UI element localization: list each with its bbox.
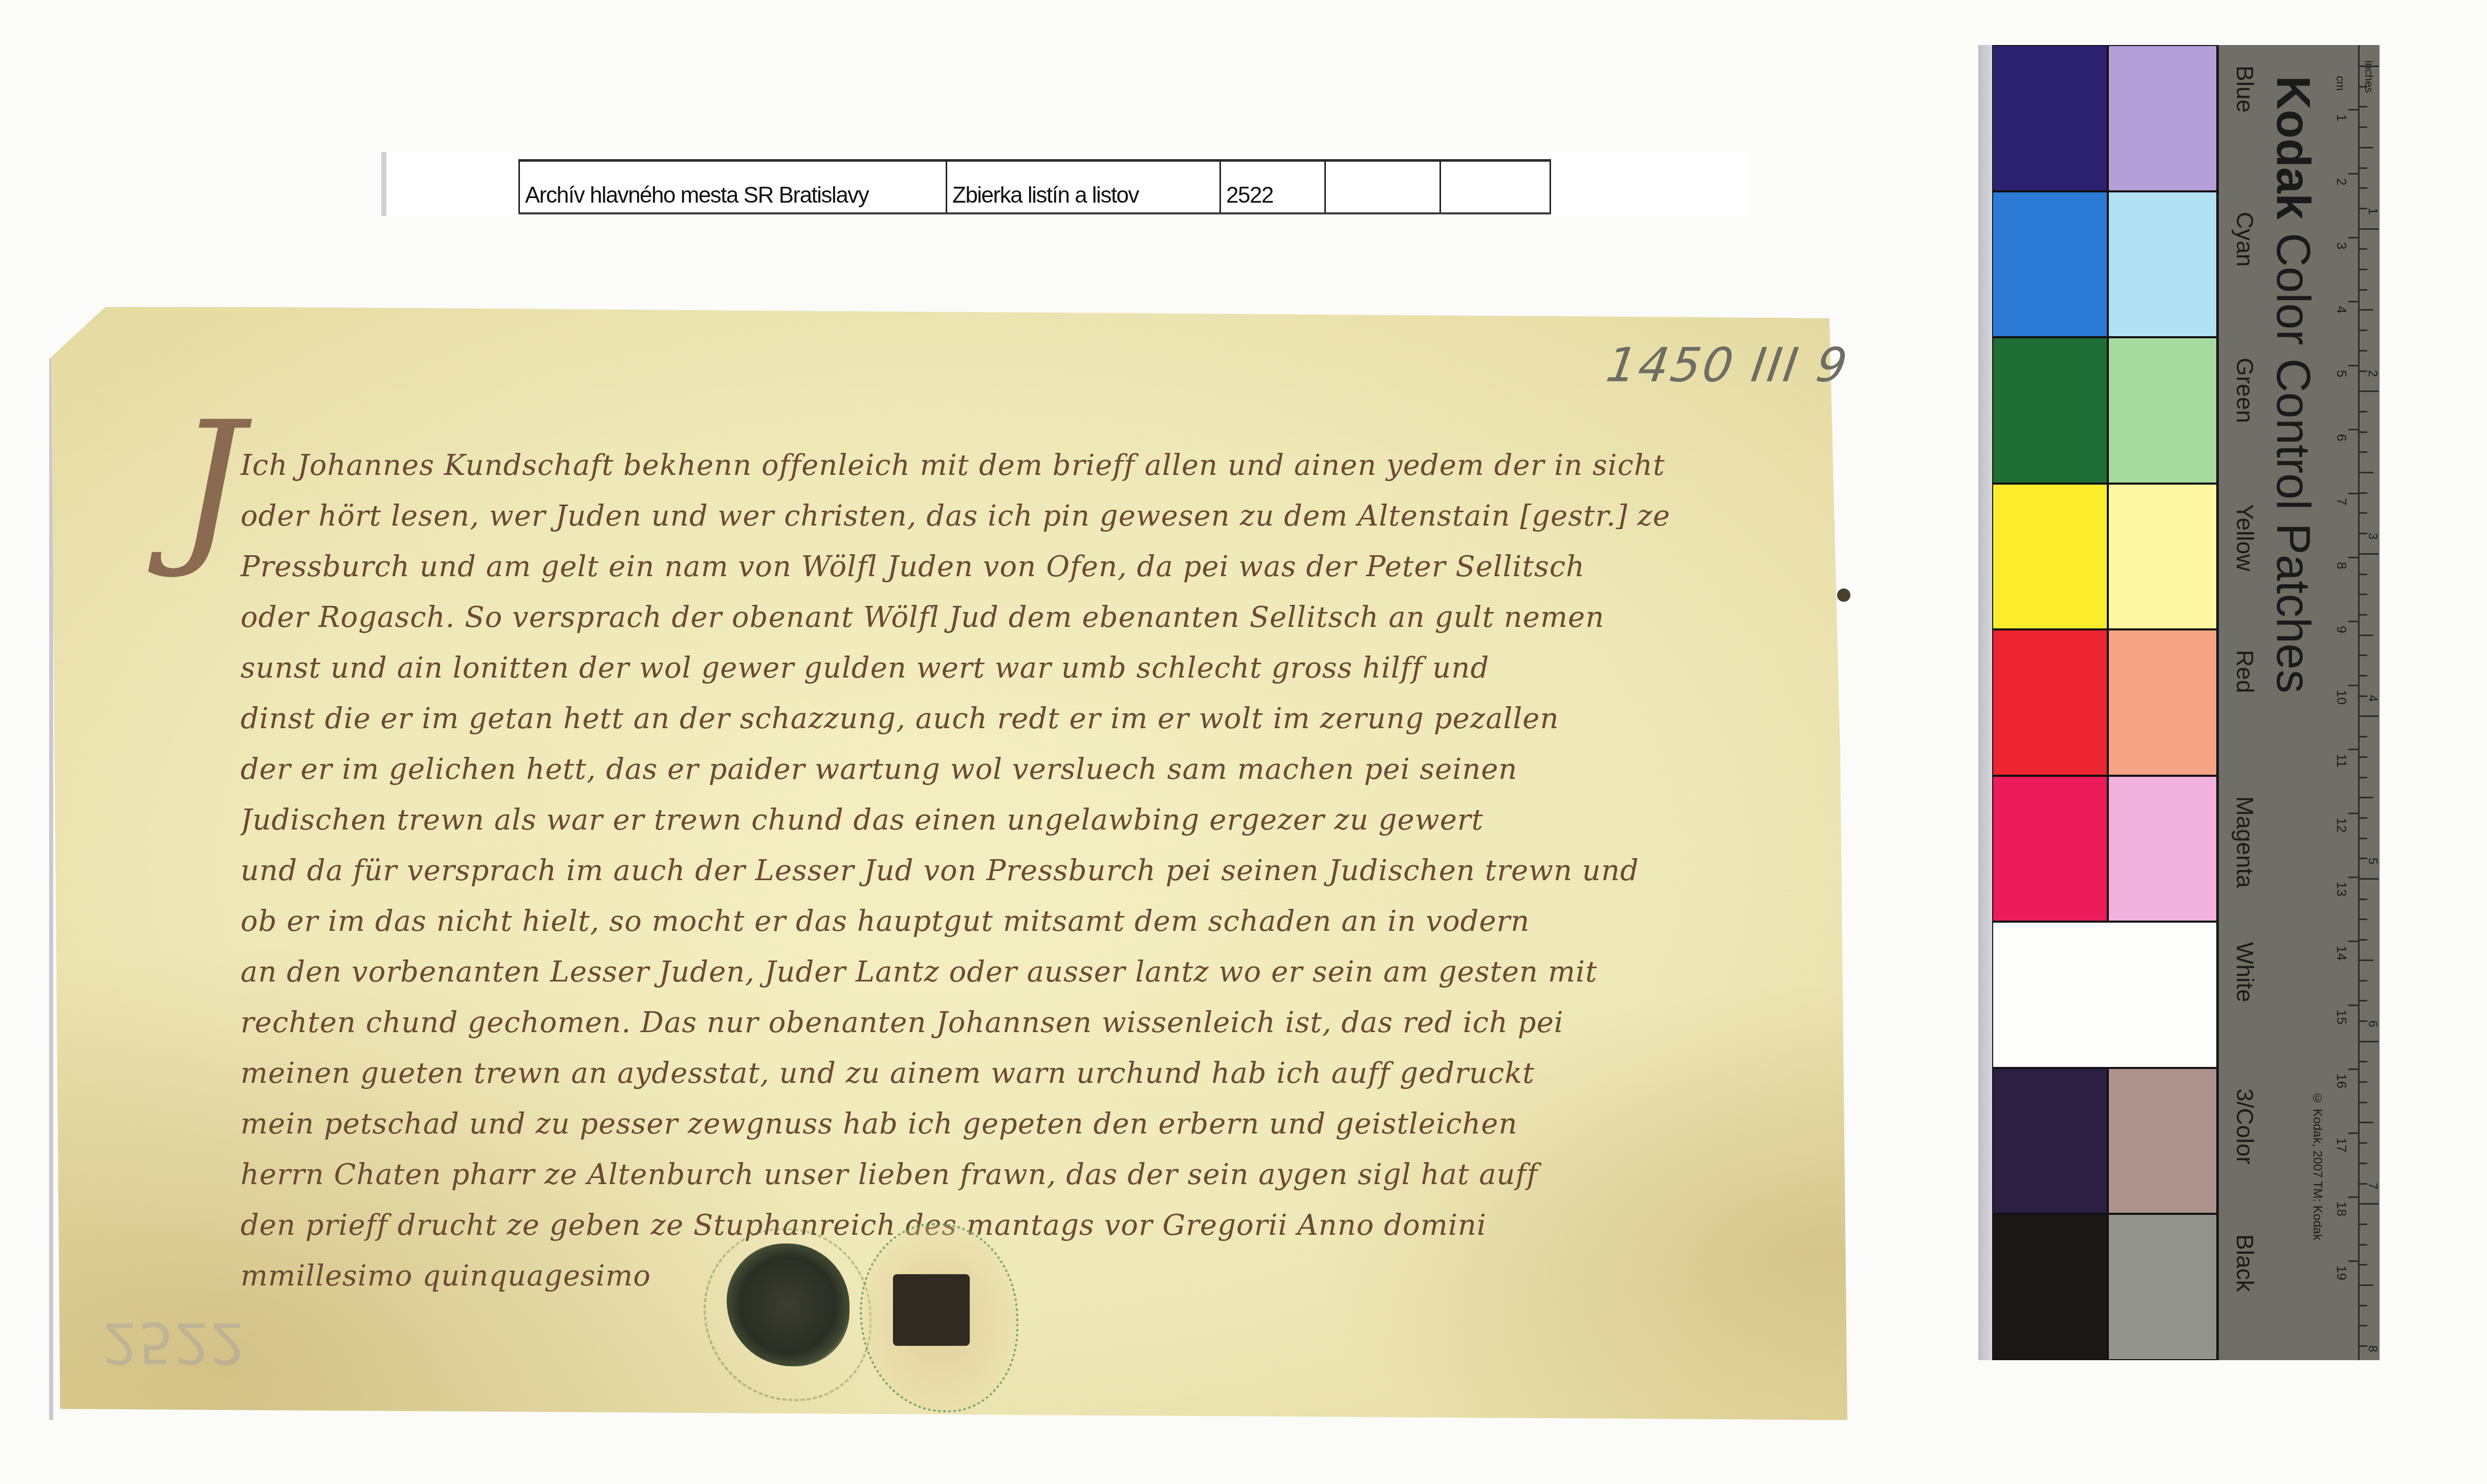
inch-minor-tick: [2358, 797, 2373, 798]
manuscript-line: Pressburch und am gelt ein nam von Wölfl…: [241, 541, 1725, 592]
decorated-initial: J: [177, 399, 244, 568]
patch-yellow-dark: [1992, 484, 2108, 630]
cm-tick-label: 3: [2333, 242, 2349, 249]
inch-minor-tick: [2358, 980, 2367, 981]
label-empty-cell-2: [1439, 162, 1551, 212]
patch-red-dark: [1992, 629, 2108, 776]
manuscript-line: Judischen trewn als war er trewn chund d…: [241, 795, 1725, 845]
inch-minor-tick: [2358, 1102, 2367, 1103]
inch-minor-tick: [2358, 736, 2367, 737]
inch-minor-tick: [2358, 817, 2367, 819]
manuscript-line: der er im gelichen hett, das er paider w…: [241, 744, 1725, 795]
manuscript-line: sunst und ain lonitten der wol gewer gul…: [241, 643, 1725, 693]
cm-tick-label: 17: [2333, 1138, 2349, 1152]
inch-minor-tick: [2358, 1305, 2367, 1306]
inch-tick-label: 7: [2365, 1183, 2380, 1189]
patch-label: Cyan: [2228, 212, 2259, 267]
label-collection-name: Zbierka listín a listov: [946, 162, 1219, 212]
inch-minor-tick: [2358, 1264, 2367, 1265]
patch-red-light: [2108, 629, 2217, 776]
inch-minor-tick: [2358, 309, 2373, 311]
archive-label-strip: Archív hlavného mesta SR Bratislavy Zbie…: [381, 152, 1748, 216]
patch-3-color-light: [2108, 1068, 2217, 1214]
patch-white: [1992, 922, 2217, 1068]
inch-tick-label: 3: [2365, 533, 2380, 539]
inch-minor-tick: [2358, 1163, 2367, 1164]
inch-minor-tick: [2358, 1122, 2373, 1123]
inch-minor-tick: [2358, 512, 2367, 514]
inch-minor-tick: [2358, 1244, 2367, 1246]
manuscript-line: herrn Chaten pharr ze Altenburch unser l…: [241, 1149, 1725, 1200]
cm-unit-label: cm: [2333, 76, 2347, 91]
patch-label: Blue: [2228, 66, 2259, 113]
manuscript-line: oder hört lesen, wer Juden und wer chris…: [241, 491, 1725, 541]
label-archive-name: Archív hlavného mesta SR Bratislavy: [518, 162, 946, 212]
patch-label: Red: [2228, 650, 2259, 693]
pencil-shelfmark: 2522: [102, 1310, 246, 1376]
patch-labels: BlueCyanGreenYellowRedMagentaWhite3/Colo…: [2224, 45, 2255, 1360]
manuscript-line: an den vorbenanten Lesser Juden, Juder L…: [241, 947, 1725, 997]
inch-tick-label: 2: [2365, 370, 2380, 377]
manuscript-line: Ich Johannes Kundschaft bekhenn offenlei…: [241, 440, 1725, 491]
inch-minor-tick: [2358, 167, 2367, 169]
inch-minor-tick: [2358, 715, 2379, 717]
patch-cyan-dark: [1992, 191, 2108, 338]
inch-minor-tick: [2358, 574, 2367, 575]
inch-minor-tick: [2358, 411, 2367, 412]
inch-minor-tick: [2358, 1142, 2367, 1144]
inch-minor-tick: [2358, 1000, 2367, 1001]
inch-minor-tick: [2358, 1061, 2367, 1062]
inch-minor-tick: [2358, 228, 2379, 230]
inch-minor-tick: [2358, 1203, 2379, 1205]
inch-minor-tick: [2358, 492, 2367, 494]
patch-label: Magenta: [2228, 796, 2259, 888]
inch-tick-label: 1: [2365, 208, 2380, 214]
kodak-title: Kodak Color Control Patches: [2266, 76, 2320, 693]
manuscript-line: mmillesimo quinquagesimo: [241, 1251, 701, 1301]
cm-tick-label: 1: [2333, 114, 2349, 121]
inch-minor-tick: [2358, 635, 2373, 636]
patch-magenta-light: [2108, 776, 2217, 922]
wax-seal-right: [893, 1274, 970, 1346]
cm-tick-label: 16: [2333, 1074, 2349, 1088]
inch-minor-tick: [2358, 959, 2373, 961]
patch-label: Yellow: [2228, 504, 2259, 571]
label-document-number: 2522: [1219, 162, 1324, 212]
inch-scale: inches 12345678: [2358, 45, 2381, 1360]
manuscript-line: rechten chund gechomen. Das nur obenante…: [241, 997, 1725, 1048]
label-empty-cell-1: [1324, 162, 1439, 212]
cm-tick-label: 19: [2333, 1265, 2349, 1280]
cm-tick-label: 12: [2333, 818, 2349, 833]
cm-tick-label: 13: [2333, 882, 2349, 897]
manuscript-line: dinst die er im getan hett an der schazz…: [241, 693, 1725, 744]
patch-cyan-light: [2108, 191, 2217, 338]
cm-tick-label: 8: [2333, 562, 2349, 569]
patch-label: Green: [2228, 358, 2259, 423]
inch-minor-tick: [2358, 878, 2379, 880]
cm-scale: cm 12345678910111213141516171819: [2332, 45, 2360, 1360]
inch-minor-tick: [2358, 390, 2379, 392]
inch-minor-tick: [2358, 431, 2367, 433]
inch-minor-tick: [2358, 939, 2367, 941]
inch-minor-tick: [2358, 66, 2379, 67]
patch-green-light: [2108, 337, 2217, 484]
inch-minor-tick: [2358, 106, 2367, 107]
patch-label: Black: [2228, 1234, 2259, 1292]
inch-minor-tick: [2358, 838, 2367, 839]
patch-blue-light: [2108, 45, 2217, 191]
cm-tick-label: 15: [2333, 1010, 2349, 1024]
cm-tick-label: 14: [2333, 946, 2349, 961]
inch-tick-label: 6: [2365, 1020, 2380, 1027]
kodak-copyright: © Kodak, 2007 TM: Kodak: [2310, 1092, 2324, 1240]
inch-minor-tick: [2358, 1325, 2367, 1326]
inch-minor-tick: [2358, 553, 2379, 555]
cm-tick-label: 9: [2333, 626, 2349, 633]
patch-label: White: [2228, 942, 2259, 1002]
kodak-product-title: Color Control Patches: [2267, 233, 2319, 693]
inch-tick-label: 5: [2365, 858, 2380, 864]
inch-minor-tick: [2358, 756, 2367, 758]
cm-tick-label: 11: [2333, 754, 2349, 768]
inch-minor-tick: [2358, 86, 2367, 88]
inch-minor-tick: [2358, 350, 2367, 352]
inch-minor-tick: [2358, 451, 2367, 453]
inch-minor-tick: [2358, 614, 2367, 616]
cm-tick-label: 5: [2333, 370, 2349, 377]
manuscript-text: Ich Johannes Kundschaft bekhenn offenlei…: [241, 440, 1725, 1301]
cm-tick-label: 10: [2333, 690, 2349, 705]
inch-minor-tick: [2358, 248, 2367, 250]
kodak-strip-shadow: [1978, 45, 1993, 1360]
patch-magenta-dark: [1992, 776, 2108, 922]
kodak-brand: Kodak: [2267, 76, 2319, 220]
inch-minor-tick: [2358, 1284, 2373, 1286]
inch-minor-tick: [2358, 594, 2367, 595]
inch-tick-label: 4: [2365, 695, 2380, 702]
manuscript-line: mein petschad und zu pesser zewgnuss hab…: [241, 1099, 1725, 1149]
inch-minor-tick: [2358, 675, 2367, 676]
inch-minor-tick: [2358, 1224, 2367, 1225]
kodak-ruler: BlueCyanGreenYellowRedMagentaWhite3/Colo…: [2217, 45, 2380, 1360]
inch-minor-tick: [2358, 1081, 2367, 1083]
kodak-color-control-strip: BlueCyanGreenYellowRedMagentaWhite3/Colo…: [1978, 45, 2380, 1360]
inch-minor-tick: [2358, 187, 2367, 189]
cm-tick-label: 6: [2333, 434, 2349, 441]
inch-minor-tick: [2358, 919, 2367, 920]
archive-label-table: Archív hlavného mesta SR Bratislavy Zbie…: [518, 159, 1551, 214]
color-patches-grid: [1992, 45, 2217, 1360]
manuscript-line: oder Rogasch. So versprach der obenant W…: [241, 592, 1725, 643]
patch-label: 3/Color: [2228, 1088, 2259, 1164]
date-annotation: 1450 III 9: [1603, 338, 1852, 392]
ink-stain: [1837, 588, 1850, 602]
patch-3-color-dark: [1992, 1068, 2108, 1214]
patch-black-light: [2108, 1214, 2217, 1360]
inch-minor-tick: [2358, 1041, 2379, 1042]
manuscript-line: und da für versprach im auch der Lesser …: [241, 845, 1725, 896]
inch-minor-tick: [2358, 126, 2367, 128]
inch-minor-tick: [2358, 777, 2367, 778]
inch-minor-tick: [2358, 472, 2373, 473]
patch-black-dark: [1992, 1214, 2108, 1360]
patch-green-dark: [1992, 337, 2108, 484]
manuscript-line: meinen gueten trewn an aydesstat, und zu…: [241, 1048, 1725, 1099]
inch-minor-tick: [2358, 289, 2367, 291]
cm-tick-label: 2: [2333, 178, 2349, 185]
cm-tick-label: 7: [2333, 498, 2349, 505]
inch-minor-tick: [2358, 269, 2367, 270]
patch-yellow-light: [2108, 484, 2217, 630]
inch-minor-tick: [2358, 330, 2367, 331]
inch-tick-label: 8: [2365, 1345, 2380, 1352]
cm-tick-label: 18: [2333, 1202, 2349, 1216]
patch-blue-dark: [1992, 45, 2108, 191]
inch-minor-tick: [2358, 654, 2367, 656]
inch-minor-tick: [2358, 899, 2367, 900]
inch-minor-tick: [2358, 147, 2373, 148]
manuscript-line: ob er im das nicht hielt, so mocht er da…: [241, 896, 1725, 947]
cm-tick-label: 4: [2333, 306, 2349, 313]
